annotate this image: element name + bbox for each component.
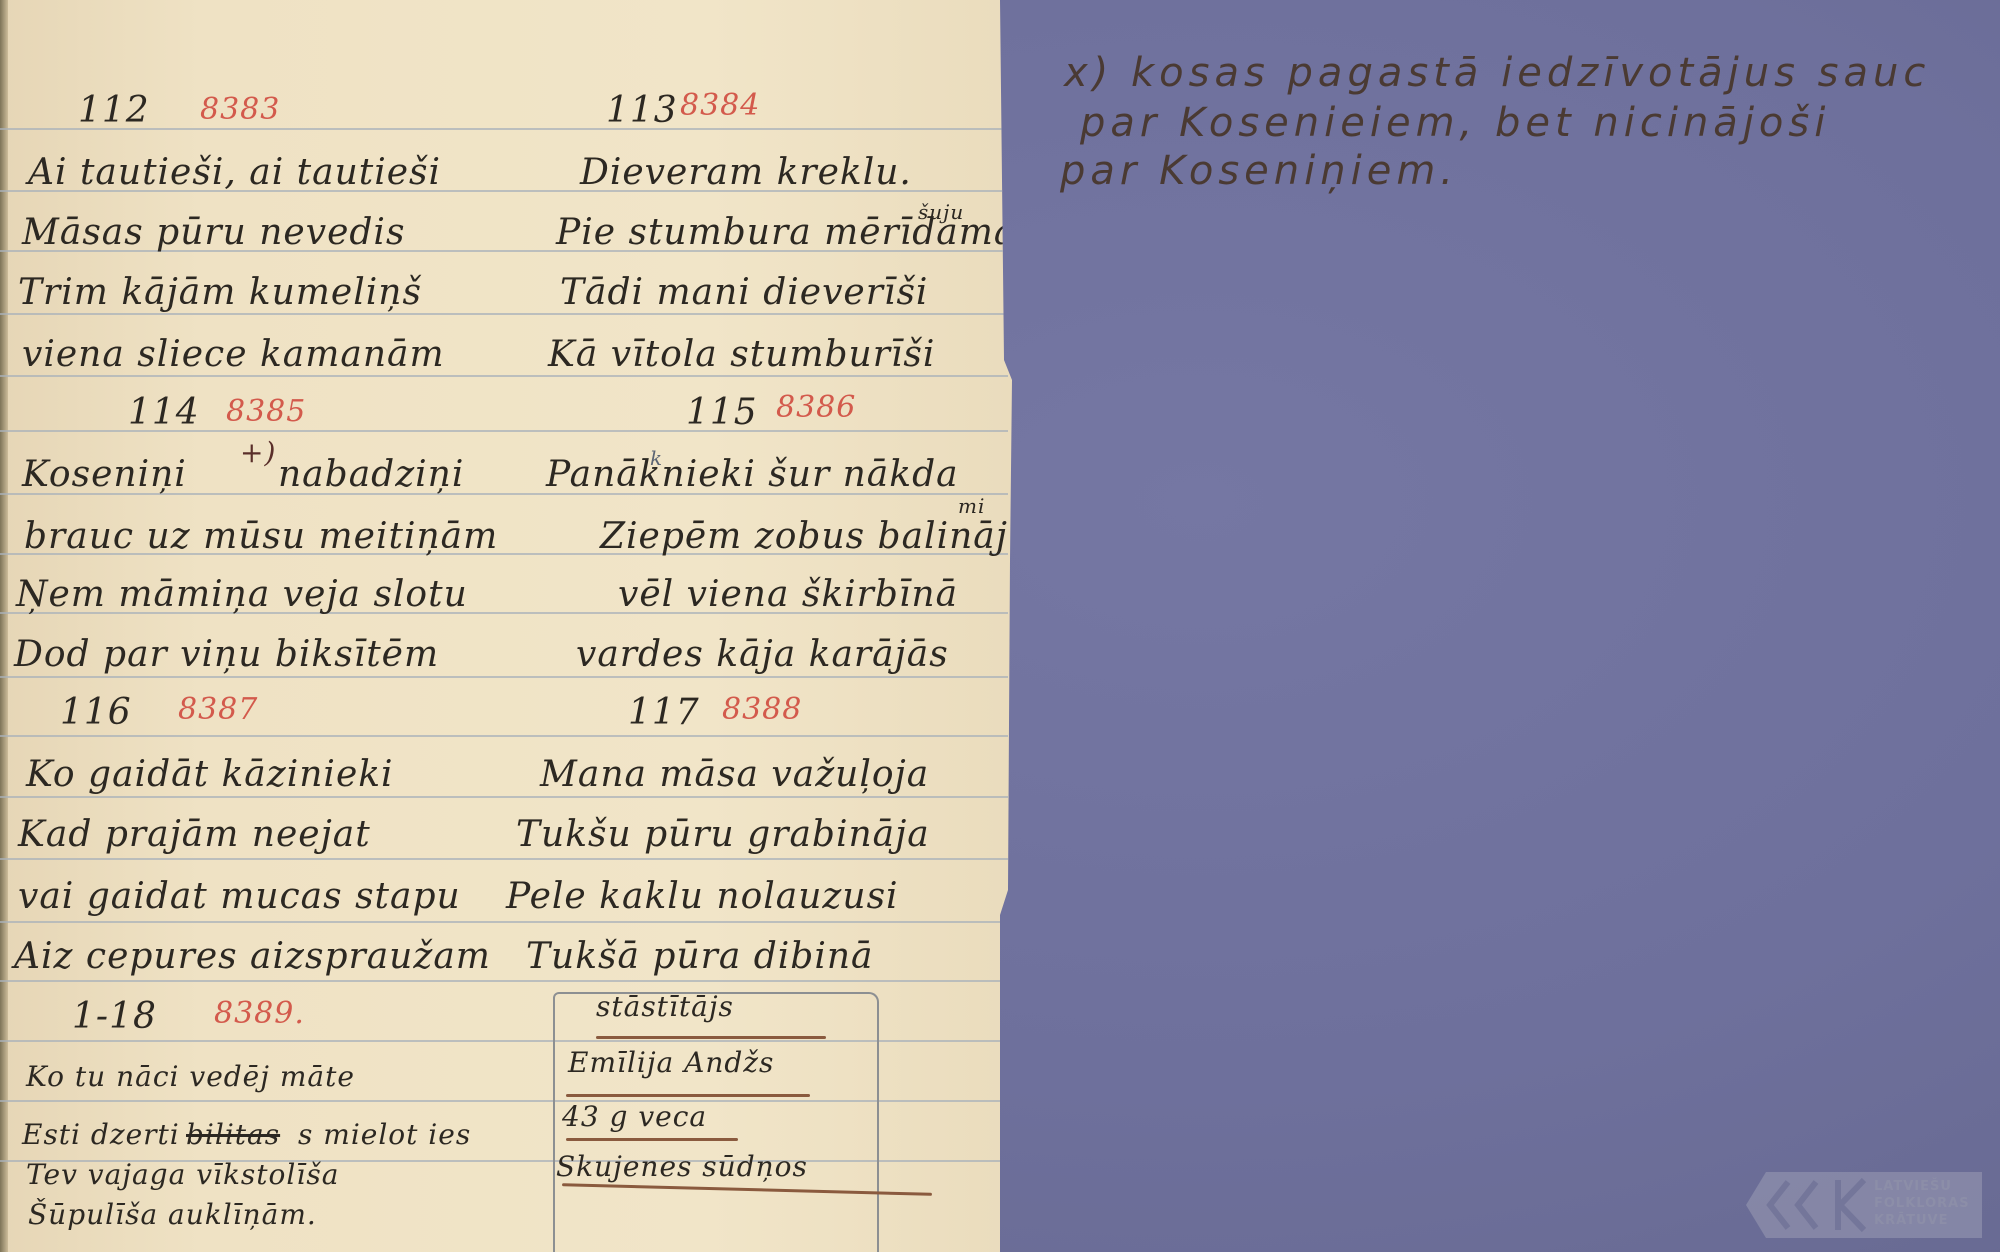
verse-line: Ko gaidāt kāzinieki: [26, 754, 394, 795]
verse-line: Dod par viņu biksītēm: [14, 634, 439, 675]
watermark-text: LATVIEŠU FOLKLORAS KRĀTUVE: [1874, 1178, 1970, 1229]
verse-line: Kā vītola stumburīši: [548, 334, 935, 375]
entry-number: 116: [60, 692, 132, 733]
archive-id: 8385: [226, 394, 306, 429]
verse-line: Esti dzerti: [22, 1118, 180, 1151]
archive-id: 8387: [178, 692, 258, 727]
ruled-line: [0, 375, 1008, 377]
verse-line: viena sliece kamanām: [22, 334, 445, 375]
entry-number: 115: [686, 392, 758, 433]
archive-id: 8384: [680, 88, 760, 123]
verse-line: Mana māsa važuļoja: [540, 754, 929, 795]
archive-watermark-logo: LATVIEŠU FOLKLORAS KRĀTUVE: [1744, 1170, 1984, 1240]
verse-line: Māsas pūru nevedis: [22, 212, 405, 253]
informant-label: stāstītājs: [596, 990, 734, 1023]
archive-id: 8388: [722, 692, 802, 727]
verse-line: brauc uz mūsu meitiņām: [24, 516, 498, 557]
verse-line: Tev vajaga vīkstolīša: [26, 1158, 339, 1191]
verse-line: Ziepēm zobus balināj: [600, 516, 1008, 557]
watermark-line: LATVIEŠU: [1874, 1178, 1970, 1195]
ruled-line: [0, 735, 1008, 737]
verse-line: Aiz cepures aizspraužam: [14, 936, 491, 977]
ruled-line: [0, 128, 1008, 130]
verse-line: Trim kājām kumeliņš: [18, 272, 422, 313]
verse-line: vai gaidat mucas stapu: [18, 876, 461, 917]
verse-line: s mielot ies: [298, 1118, 471, 1151]
watermark-line: KRĀTUVE: [1874, 1212, 1970, 1229]
verse-line: Šūpulīša auklīņām.: [28, 1198, 317, 1231]
ruled-line: [0, 796, 1008, 798]
verse-line: vardes kāja karājās: [576, 634, 949, 675]
interlinear-correction: mi: [958, 494, 985, 518]
verse-line: Tukšā pūra dibinā: [526, 936, 874, 977]
verse-line: Pele kaklu nolauzusi: [506, 876, 899, 917]
ruled-line: [0, 858, 1008, 860]
informant-name: Emīlija Andžs: [568, 1046, 774, 1079]
ruled-line: [0, 313, 1008, 315]
entry-number: 114: [128, 392, 200, 433]
page-binding-edge: [0, 0, 8, 1252]
verse-line: Ko tu nāci vedēj māte: [26, 1060, 355, 1093]
informant-age: 43 g veca: [562, 1100, 707, 1133]
verse-line: Ai tautieši, ai tautieši: [28, 152, 441, 193]
watermark-line: FOLKLORAS: [1874, 1195, 1970, 1212]
entry-number: 113: [606, 90, 678, 131]
notebook-page: 112 8383 Ai tautieši, ai tautieši Māsas …: [0, 0, 1012, 1252]
footnote-line: par Koseniņiem.: [1060, 148, 1458, 194]
footnote-line: par Kosenieiem, bet nicinājoši: [1080, 100, 1830, 146]
underline: [596, 1036, 826, 1039]
ruled-line: [0, 980, 1008, 982]
struck-word: bilitas: [186, 1118, 280, 1151]
underline: [566, 1094, 810, 1097]
footnote-mark: +): [240, 436, 276, 469]
archive-id: 8383: [200, 92, 280, 127]
verse-line: Dieveram kreklu.: [580, 152, 912, 193]
archive-id: 8389.: [214, 996, 305, 1031]
underline: [566, 1138, 738, 1141]
verse-line: vēl viena škirbīnā: [618, 574, 958, 615]
entry-number: 112: [78, 90, 150, 131]
verse-line: Ņem māmiņa veja slotu: [16, 574, 468, 615]
verse-line: Tukšu pūru grabināja: [516, 814, 930, 855]
verse-line: Panāknieki šur nākda: [546, 454, 959, 495]
ruled-line: [0, 921, 1008, 923]
footnote-line: x) kosas pagastā iedzīvotājus sauc: [1064, 50, 1930, 96]
ruled-line: [0, 676, 1008, 678]
verse-line: Kad prajām neejat: [18, 814, 371, 855]
verse-line: Tādi mani dieverīši: [560, 272, 928, 313]
entry-number: 1-18: [72, 996, 157, 1037]
verse-line: Pie stumbura mērīdama: [556, 212, 1016, 253]
entry-number: 117: [628, 692, 700, 733]
archive-id: 8386: [776, 390, 856, 425]
verse-line: nabadziņi: [278, 454, 464, 495]
verse-line: Koseniņi: [22, 454, 187, 495]
informant-place: Skujenes sūdņos: [556, 1150, 808, 1183]
